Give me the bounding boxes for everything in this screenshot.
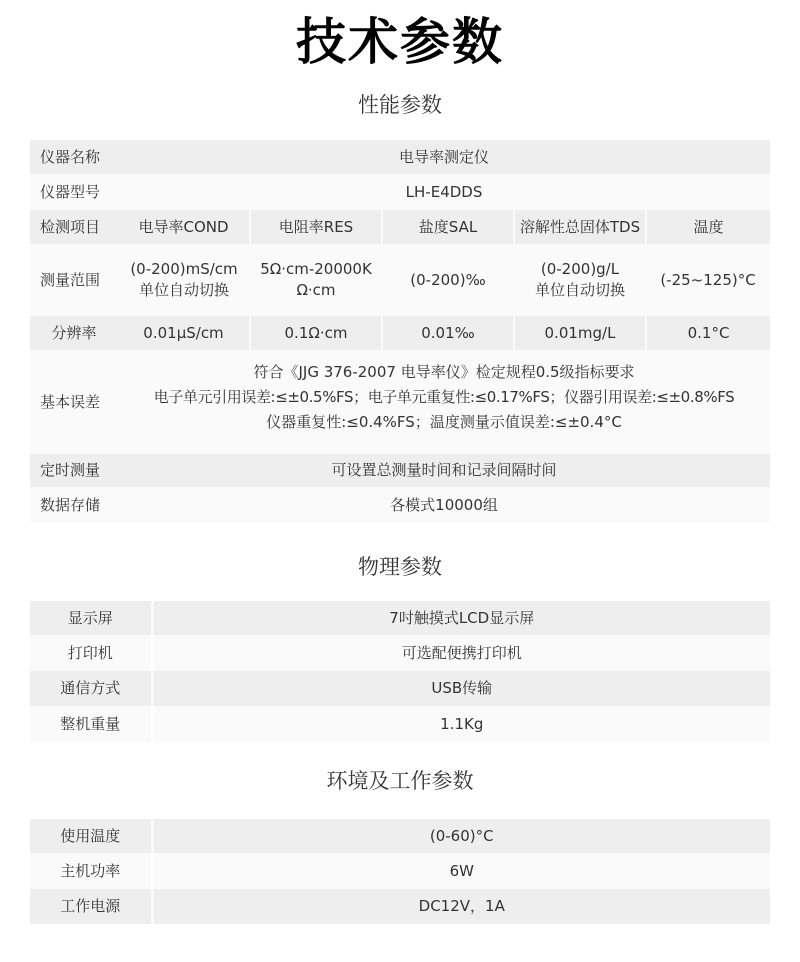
cell-line: 单位自动切换 — [122, 280, 246, 301]
row-resolution: 分辨率 0.01μS/cm 0.1Ω·cm 0.01‰ 0.01mg/L 0.1… — [30, 316, 770, 350]
row-value: 各模式10000组 — [118, 487, 770, 523]
row-label: 基本误差 — [30, 350, 118, 454]
cell-tds: (0-200)g/L 单位自动切换 — [514, 244, 646, 316]
cell-sal: 盐度SAL — [382, 210, 514, 244]
row-operating-temperature: 使用温度 (0-60)°C — [30, 819, 770, 853]
row-label: 分辨率 — [30, 316, 118, 350]
row-basic-error: 基本误差 符合《JJG 376-2007 电导率仪》检定规程0.5级指标要求 电… — [30, 350, 770, 454]
row-label: 使用温度 — [30, 819, 152, 853]
cell-line: (0-200)g/L — [518, 259, 642, 280]
cell-temp: 温度 — [646, 210, 770, 244]
row-label: 定时测量 — [30, 454, 118, 487]
environment-table: 使用温度 (0-60)°C 主机功率 6W 工作电源 DC12V，1A — [30, 819, 770, 924]
row-label: 数据存储 — [30, 487, 118, 523]
physical-table: 显示屏 7吋触摸式LCD显示屏 打印机 可选配便携打印机 通信方式 USB传输 … — [30, 601, 770, 742]
row-label: 整机重量 — [30, 706, 152, 742]
row-label: 主机功率 — [30, 853, 152, 889]
section-title-environment: 环境及工作参数 — [0, 767, 800, 795]
row-data-storage: 数据存储 各模式10000组 — [30, 487, 770, 523]
performance-table: 仪器名称 电导率测定仪 仪器型号 LH-E4DDS 检测项目 电导率COND 电… — [30, 140, 770, 523]
row-label: 检测项目 — [30, 210, 118, 244]
row-value: 6W — [152, 853, 770, 889]
row-instrument-name: 仪器名称 电导率测定仪 — [30, 140, 770, 174]
row-value: 1.1Kg — [152, 706, 770, 742]
cell-cond: 0.01μS/cm — [118, 316, 250, 350]
cell-temp: 0.1°C — [646, 316, 770, 350]
section-title-performance: 性能参数 — [0, 91, 800, 119]
cell-cond: 电导率COND — [118, 210, 250, 244]
row-value: LH-E4DDS — [118, 174, 770, 210]
row-value: (0-60)°C — [152, 819, 770, 853]
row-weight: 整机重量 1.1Kg — [30, 706, 770, 742]
row-label: 工作电源 — [30, 889, 152, 924]
cell-cond: (0-200)mS/cm 单位自动切换 — [118, 244, 250, 316]
row-value: 7吋触摸式LCD显示屏 — [152, 601, 770, 635]
cell-res: 5Ω·cm-20000K Ω·cm — [250, 244, 382, 316]
row-label: 仪器型号 — [30, 174, 118, 210]
row-instrument-model: 仪器型号 LH-E4DDS — [30, 174, 770, 210]
row-timed-measurement: 定时测量 可设置总测量时间和记录间隔时间 — [30, 454, 770, 487]
row-label: 通信方式 — [30, 671, 152, 706]
row-label: 显示屏 — [30, 601, 152, 635]
row-power: 主机功率 6W — [30, 853, 770, 889]
cell-res: 电阻率RES — [250, 210, 382, 244]
row-value: USB传输 — [152, 671, 770, 706]
row-communication: 通信方式 USB传输 — [30, 671, 770, 706]
cell-res: 0.1Ω·cm — [250, 316, 382, 350]
cell-line: Ω·cm — [254, 280, 378, 301]
row-measurement-range: 测量范围 (0-200)mS/cm 单位自动切换 5Ω·cm-20000K Ω·… — [30, 244, 770, 316]
row-value: 电导率测定仪 — [118, 140, 770, 174]
row-value: 可设置总测量时间和记录间隔时间 — [118, 454, 770, 487]
row-value: 符合《JJG 376-2007 电导率仪》检定规程0.5级指标要求 电子单元引用… — [118, 350, 770, 454]
cell-sal: 0.01‰ — [382, 316, 514, 350]
row-label: 打印机 — [30, 635, 152, 671]
cell-line: (0-200)‰ — [386, 270, 510, 291]
cell-tds: 0.01mg/L — [514, 316, 646, 350]
row-value: DC12V，1A — [152, 889, 770, 924]
cell-line: 5Ω·cm-20000K — [254, 259, 378, 280]
row-label: 仪器名称 — [30, 140, 118, 174]
page-title: 技术参数 — [0, 10, 800, 74]
row-detection-items: 检测项目 电导率COND 电阻率RES 盐度SAL 溶解性总固体TDS 温度 — [30, 210, 770, 244]
cell-line: (-25~125)°C — [650, 270, 766, 291]
section-title-physical: 物理参数 — [0, 553, 800, 581]
error-line: 仪器重复性:≤0.4%FS；温度测量示值误差:≤±0.4°C — [122, 410, 766, 435]
cell-tds: 溶解性总固体TDS — [514, 210, 646, 244]
cell-temp: (-25~125)°C — [646, 244, 770, 316]
error-line: 符合《JJG 376-2007 电导率仪》检定规程0.5级指标要求 — [122, 360, 766, 385]
cell-line: (0-200)mS/cm — [122, 259, 246, 280]
error-line: 电子单元引用误差:≤±0.5%FS；电子单元重复性:≤0.17%FS；仪器引用误… — [122, 385, 766, 410]
row-value: 可选配便携打印机 — [152, 635, 770, 671]
cell-line: 单位自动切换 — [518, 280, 642, 301]
row-label: 测量范围 — [30, 244, 118, 316]
row-display: 显示屏 7吋触摸式LCD显示屏 — [30, 601, 770, 635]
cell-sal: (0-200)‰ — [382, 244, 514, 316]
row-printer: 打印机 可选配便携打印机 — [30, 635, 770, 671]
row-power-supply: 工作电源 DC12V，1A — [30, 889, 770, 924]
